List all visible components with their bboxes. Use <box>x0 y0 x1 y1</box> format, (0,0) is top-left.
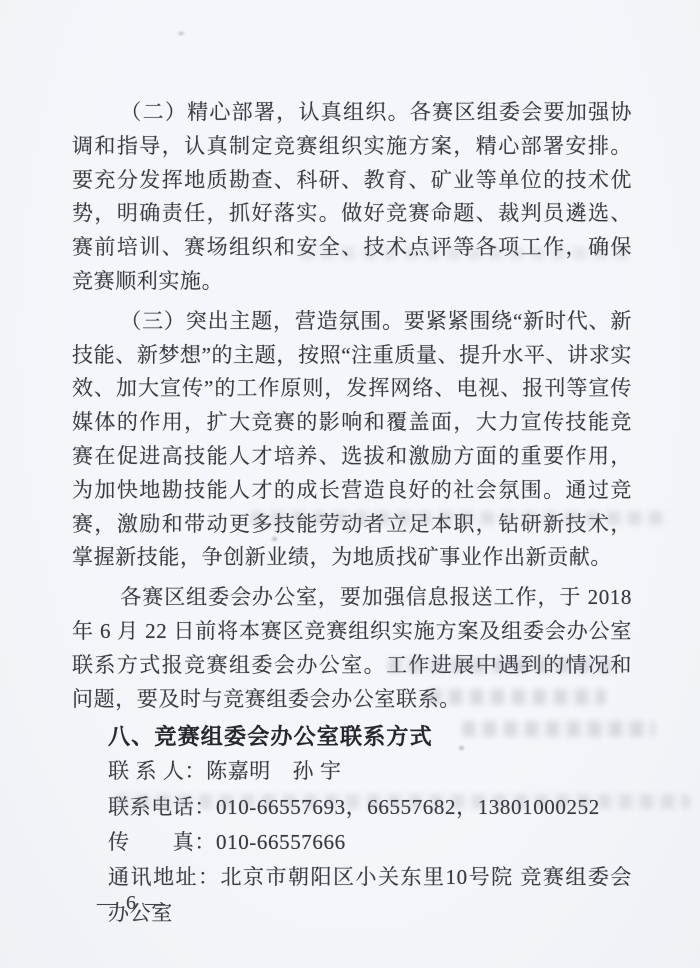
contact-label: 传 真： <box>108 830 216 854</box>
contact-value: 010-66557666 <box>216 830 346 854</box>
contact-label: 联 系 人： <box>108 759 206 783</box>
page-number: — 6 — <box>97 892 167 915</box>
contact-label: 联系电话： <box>108 795 216 819</box>
paragraph-2-organization: （二）精心部署，认真组织。各赛区组委会要加强协调和指导，认真制定竞赛组织实施方案… <box>72 96 632 299</box>
contact-line-fax: 传 真：010-66557666 <box>108 825 632 860</box>
section-heading-contact-info: 八、竞赛组委会办公室联系方式 <box>108 719 632 754</box>
ink-speck <box>178 32 184 35</box>
contact-value: 010-66557693，66557682，13801000252 <box>216 795 600 819</box>
contact-label: 通讯地址： <box>108 865 221 889</box>
paragraph-reporting: 各赛区组委会办公室，要加强信息报送工作，于 2018 年 6 月 22 日前将本… <box>72 581 632 716</box>
contact-line-phone: 联系电话：010-66557693，66557682，13801000252 <box>108 790 632 825</box>
paragraph-3-theme: （三）突出主题，营造氛围。要紧紧围绕“新时代、新技能、新梦想”的主题，按照“注重… <box>72 305 632 575</box>
contact-line-address: 通讯地址：北京市朝阳区小关东里10号院 竞赛组委会办公室 <box>108 860 632 931</box>
document-body: （二）精心部署，认真组织。各赛区组委会要加强协调和指导，认真制定竞赛组织实施方案… <box>72 96 632 931</box>
contact-line-person: 联 系 人：陈嘉明 孙 宇 <box>108 754 632 789</box>
document-page: （二）精心部署，认真组织。各赛区组委会要加强协调和指导，认真制定竞赛组织实施方案… <box>0 0 700 968</box>
contact-value: 陈嘉明 孙 宇 <box>206 759 341 783</box>
